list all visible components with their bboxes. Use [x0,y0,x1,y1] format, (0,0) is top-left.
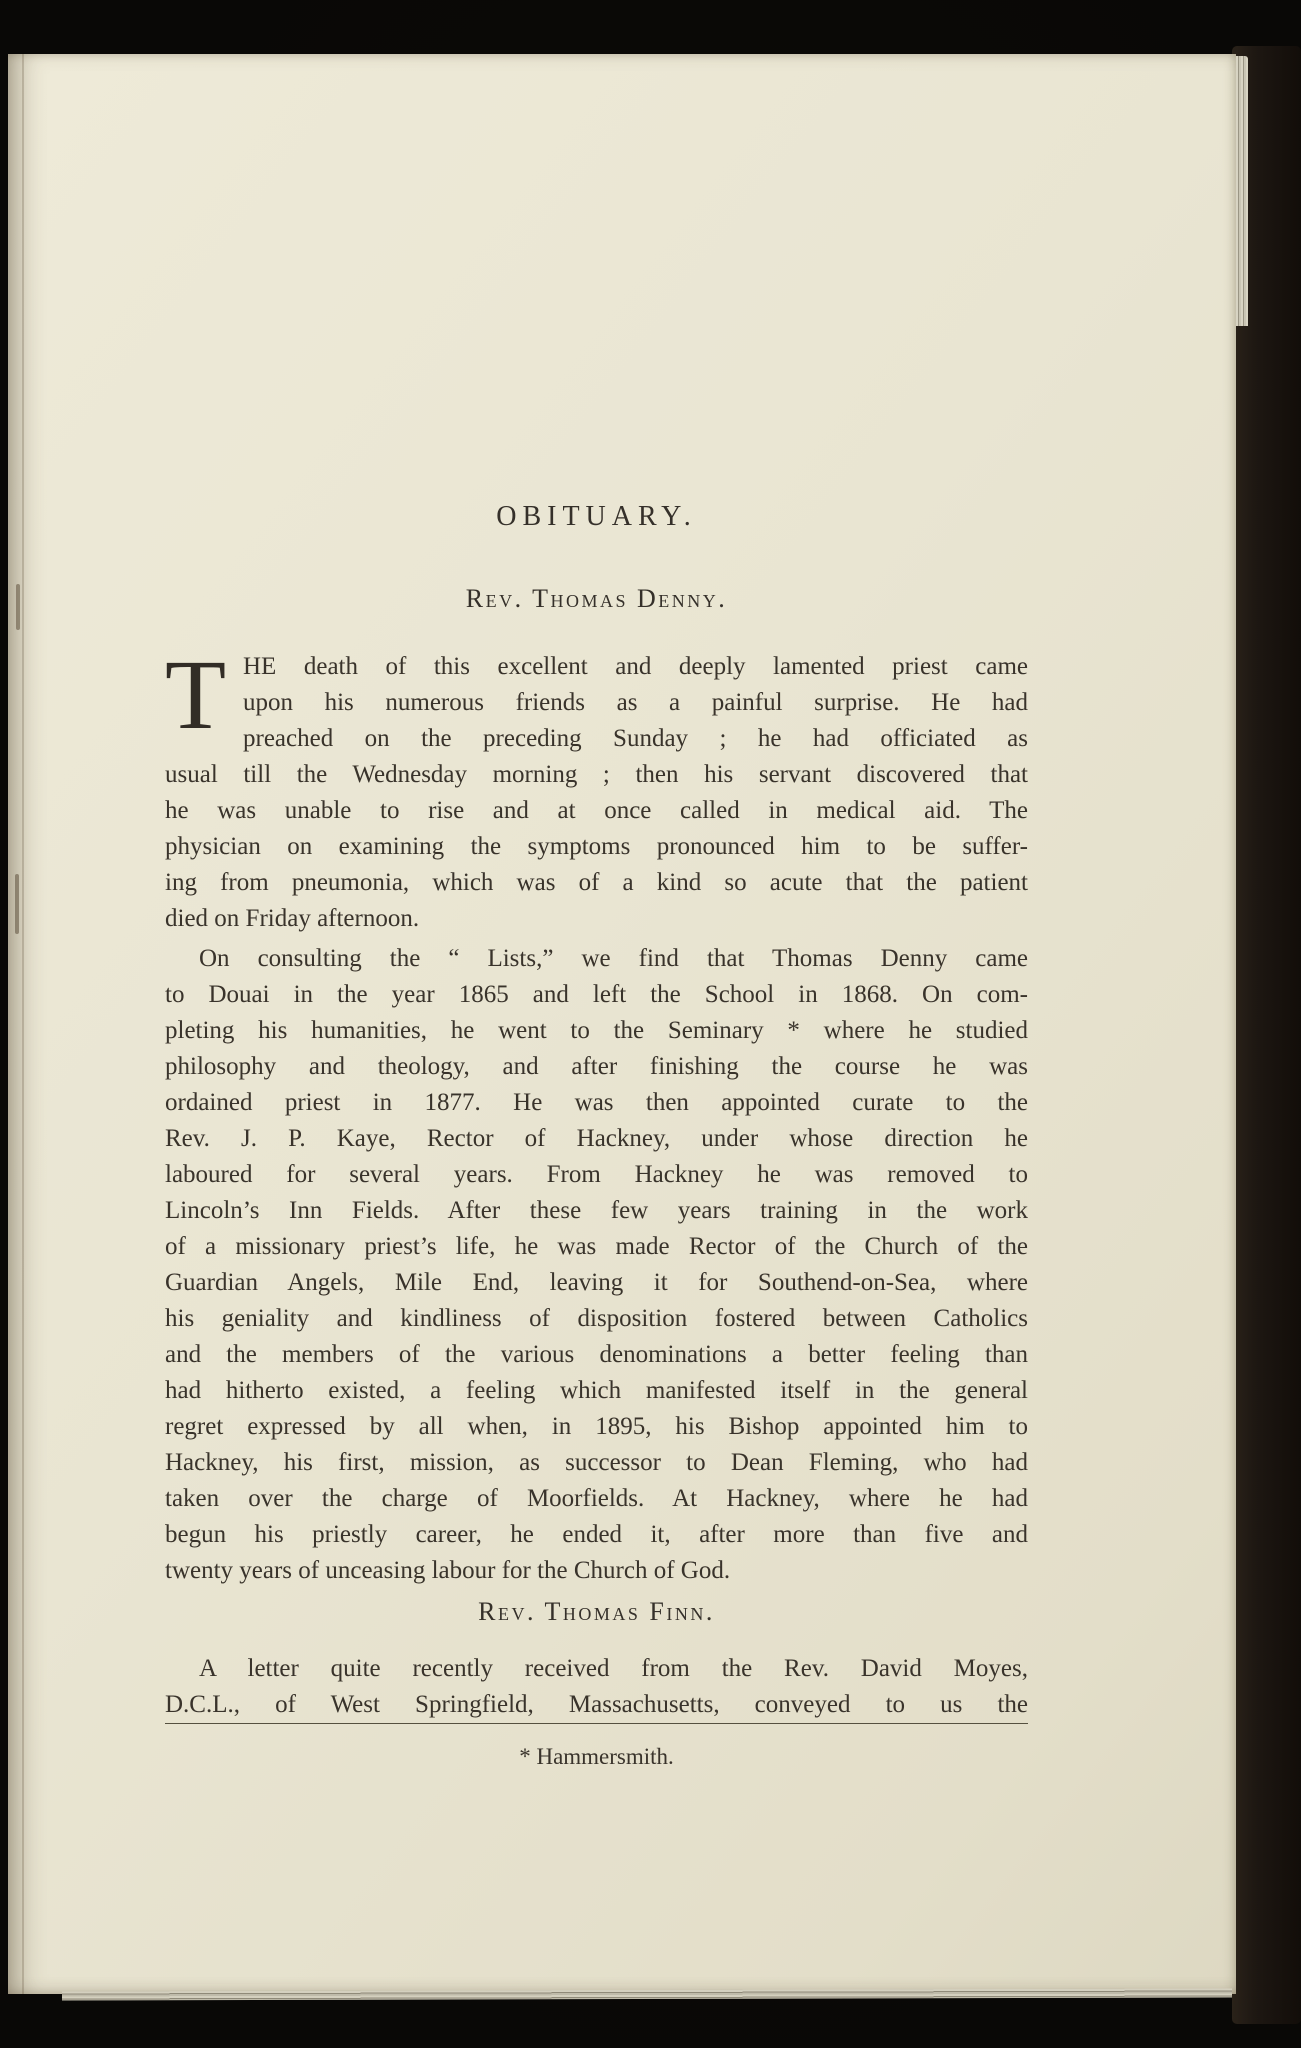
binding-mark [15,874,19,934]
text-line: ing from pneumonia, which was of a kind … [165,865,1028,901]
text-line: ordained priest in 1877. He was then app… [165,1085,1028,1121]
text-line: pleting his humanities, he went to the S… [165,1013,1028,1049]
text-line: and the members of the various denominat… [165,1337,1028,1373]
page-gutter-crease [22,54,24,1994]
text-line: HE death of this excellent and deeply la… [165,649,1028,685]
text-line: twenty years of unceasing labour for the… [165,1553,1028,1589]
obituary-paragraph: On consulting the “ Lists,” we find that… [165,941,1028,1589]
text-line: of a missionary priest’s life, he was ma… [165,1229,1028,1265]
page-stack-edge-bottom [62,1988,1232,2000]
article-title: OBITUARY. [165,499,1028,535]
text-line: usual till the Wednesday morning ; then … [165,757,1028,793]
text-line: preached on the preceding Sunday ; he ha… [165,721,1028,757]
footnote-text: * Hammersmith. [165,1742,1028,1772]
text-line: laboured for several years. From Hackney… [165,1157,1028,1193]
text-line: to Douai in the year 1865 and left the S… [165,977,1028,1013]
obituary-heading: Rev. Thomas Finn. [165,1597,1028,1627]
obituary-paragraph: A letter quite recently received from th… [165,1651,1028,1723]
drop-cap-letter: T [165,649,231,753]
text-line: philosophy and theology, and after finis… [165,1049,1028,1085]
text-column: OBITUARY. Rev. Thomas Denny.THE death of… [165,54,1028,1772]
text-line: Lincoln’s Inn Fields. After these few ye… [165,1193,1028,1229]
page-stack-edge-right [1236,56,1248,326]
text-line: his geniality and kindliness of disposit… [165,1301,1028,1337]
binding-mark [16,584,20,630]
obituary-heading: Rev. Thomas Denny. [165,584,1028,614]
text-line: taken over the charge of Moorfields. At … [165,1481,1028,1517]
text-line: upon his numerous friends as a painful s… [165,685,1028,721]
footnote-separator [165,1723,1028,1724]
text-line: died on Friday afternoon. [165,901,1028,937]
text-line: Hackney, his first, mission, as successo… [165,1445,1028,1481]
text-line: Guardian Angels, Mile End, leaving it fo… [165,1265,1028,1301]
text-line: begun his priestly career, he ended it, … [165,1517,1028,1553]
obituary-paragraph: THE death of this excellent and deeply l… [165,649,1028,937]
scanned-page: OBITUARY. Rev. Thomas Denny.THE death of… [8,54,1236,1994]
text-line: regret expressed by all when, in 1895, h… [165,1409,1028,1445]
text-line: On consulting the “ Lists,” we find that… [165,941,1028,977]
text-line: D.C.L., of West Springfield, Massachuset… [165,1687,1028,1723]
text-line: he was unable to rise and at once called… [165,793,1028,829]
photo-background: OBITUARY. Rev. Thomas Denny.THE death of… [0,0,1301,2048]
obituary-sections: Rev. Thomas Denny.THE death of this exce… [165,584,1028,1723]
text-line: A letter quite recently received from th… [165,1651,1028,1687]
text-line: physician on examining the symptoms pron… [165,829,1028,865]
book-cover-edge [1232,46,1301,2024]
text-line: had hitherto existed, a feeling which ma… [165,1373,1028,1409]
text-line: Rev. J. P. Kaye, Rector of Hackney, unde… [165,1121,1028,1157]
